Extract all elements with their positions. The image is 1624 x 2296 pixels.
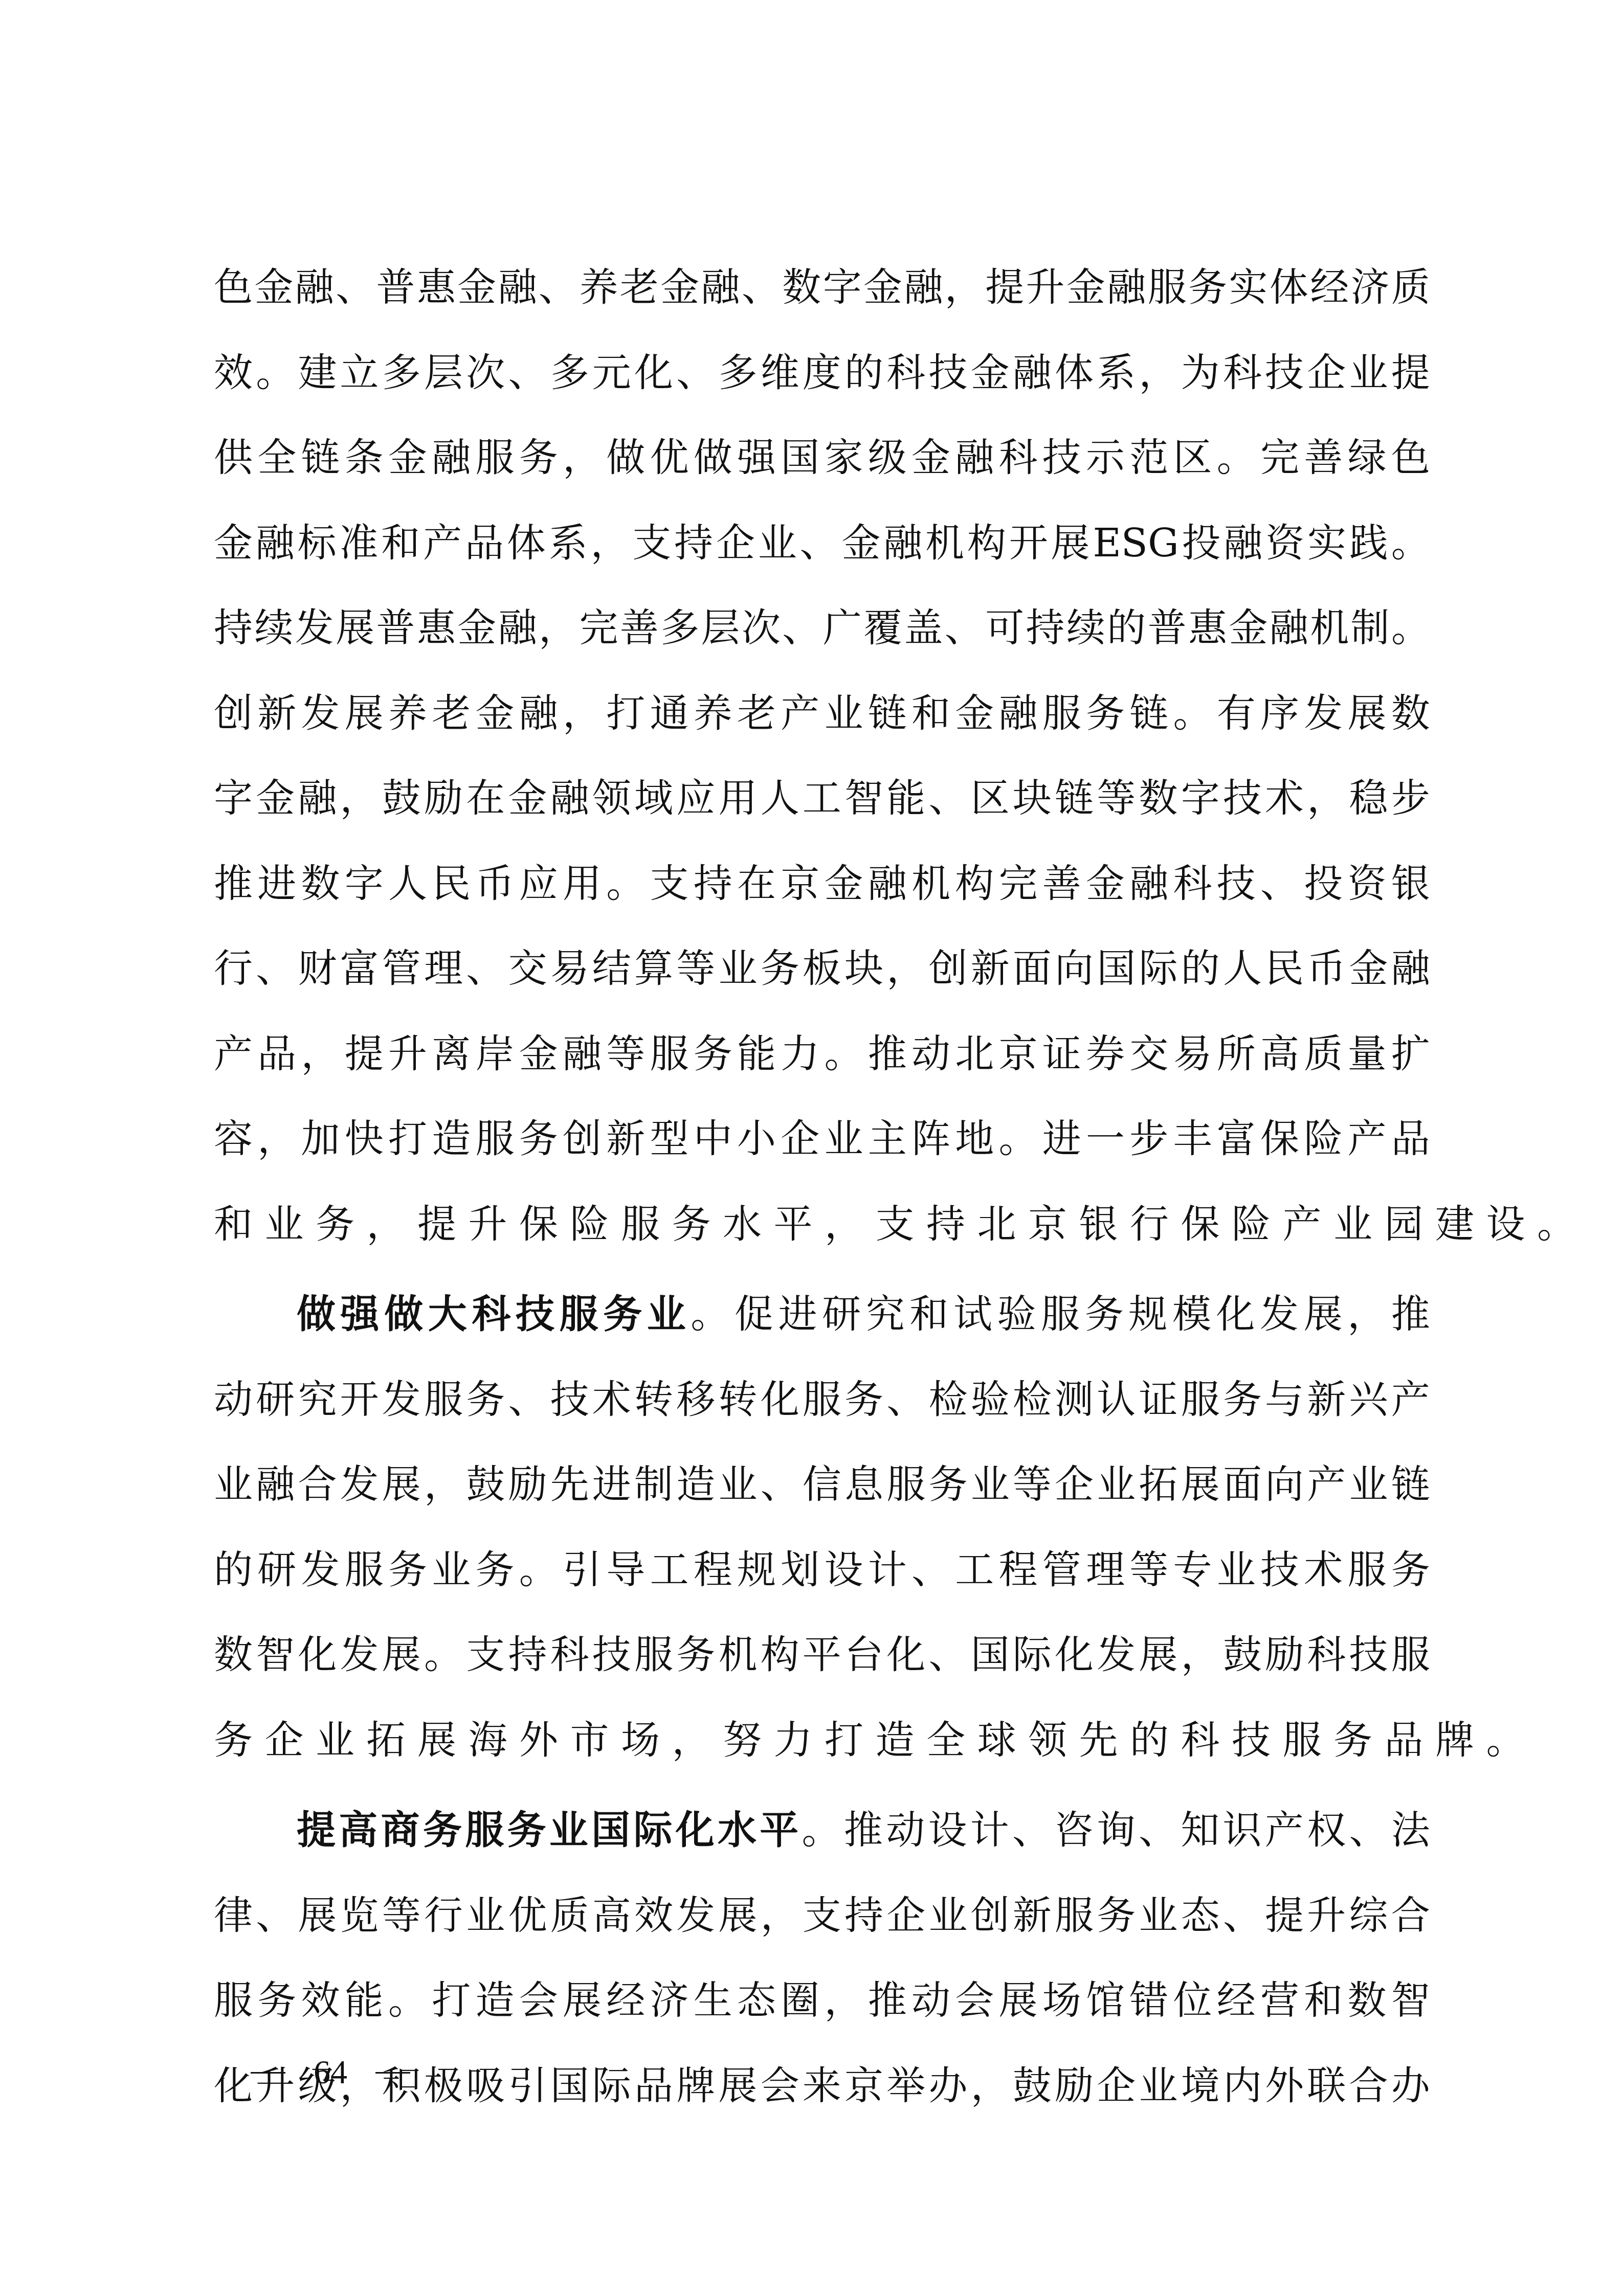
paragraph-heading-char: 技 (516, 1289, 554, 1340)
paragraph-heading-char: 业 (549, 1805, 588, 1856)
paragraph-heading-char: 强 (341, 1289, 380, 1340)
text-line: 持续发展普惠金融，完善多层次、广覆盖、可持续的普惠金融机制。 (214, 602, 1430, 654)
paragraph-heading-char: 服 (560, 1289, 598, 1340)
paragraph-heading-char: 服 (465, 1805, 504, 1856)
footer-dash-left (251, 2072, 285, 2074)
text-line: 产品，提升离岸金融等服务能力。推动北京证券交易所高质量扩 (214, 1028, 1430, 1079)
text-line: 律、展览等行业优质高效发展，支持企业创新服务业态、提升综合 (214, 1890, 1430, 1941)
text-line: 做强做大科技服务业。促进研究和试验服务规模化发展，推 (297, 1289, 1430, 1340)
paragraph-heading-char: 务 (507, 1805, 546, 1856)
footer-dash-right (375, 2072, 410, 2074)
paragraph-heading-char: 大 (428, 1289, 467, 1340)
text-line: 务企业拓展海外市场，努力打造全球领先的科技服务品牌。 (214, 1715, 1430, 1766)
text-line: 容，加快打造服务创新型中小企业主阵地。进一步丰富保险产品 (214, 1113, 1430, 1164)
text-line: 行、财富管理、交易结算等业务板块，创新面向国际的人民币金融 (214, 943, 1430, 994)
text-line: 推进数字人民币应用。支持在京金融机构完善金融科技、投资银 (214, 858, 1430, 909)
paragraph-heading-char: 科 (472, 1289, 510, 1340)
paragraph-heading-char: 商 (381, 1805, 420, 1856)
text-line: 色金融、普惠金融、养老金融、数字金融，提升金融服务实体经济质 (214, 262, 1430, 313)
paragraph-heading-char: 务 (603, 1289, 642, 1340)
text-line: 和业务，提升保险服务水平，支持北京银行保险产业园建设。 (214, 1199, 1430, 1250)
paragraph-heading-char: 水 (718, 1805, 757, 1856)
text-line: 数智化发展。支持科技服务机构平台化、国际化发展，鼓励科技服 (214, 1629, 1430, 1680)
text-line: 提高商务服务业国际化水平。推动设计、咨询、知识产权、法 (297, 1805, 1430, 1856)
document-page: 色金融、普惠金融、养老金融、数字金融，提升金融服务实体经济质效。建立多层次、多元… (0, 0, 1624, 2296)
paragraph-heading-char: 务 (423, 1805, 462, 1856)
paragraph-heading-char: 高 (339, 1805, 377, 1856)
paragraph-heading-char: 做 (297, 1289, 336, 1340)
text-line: 创新发展养老金融，打通养老产业链和金融服务链。有序发展数 (214, 688, 1430, 739)
paragraph-heading-char: 化 (676, 1805, 715, 1856)
paragraph-heading-char: 平 (760, 1805, 798, 1856)
text-line: 业融合发展，鼓励先进制造业、信息服务业等企业拓展面向产业链 (214, 1459, 1430, 1510)
text-line: 效。建立多层次、多元化、多维度的科技金融体系，为科技企业提 (214, 347, 1430, 398)
page-number: 64 (314, 2053, 347, 2092)
paragraph-heading-char: 提 (297, 1805, 336, 1856)
paragraph-heading-char: 做 (384, 1289, 423, 1340)
paragraph-heading-char: 际 (633, 1805, 672, 1856)
text-line: 动研究开发服务、技术转移转化服务、检验检测认证服务与新兴产 (214, 1374, 1430, 1425)
text-line: 的研发服务业务。引导工程规划设计、工程管理等专业技术服务 (214, 1544, 1430, 1595)
text-line: 服务效能。打造会展经济生态圈，推动会展场馆错位经营和数智 (214, 1975, 1430, 2026)
paragraph-heading-char: 国 (591, 1805, 630, 1856)
text-line: 金融标准和产品体系，支持企业、金融机构开展ESG投融资实践。 (214, 517, 1430, 569)
page-footer: 64 (251, 2053, 410, 2092)
paragraph-heading-char: 业 (647, 1289, 686, 1340)
text-line: 供全链条金融服务，做优做强国家级金融科技示范区。完善绿色 (214, 432, 1430, 483)
text-line: 字金融，鼓励在金融领域应用人工智能、区块链等数字技术，稳步 (214, 773, 1430, 824)
